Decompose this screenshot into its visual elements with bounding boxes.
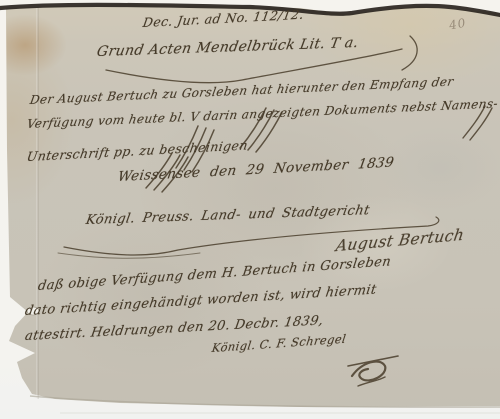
document-scan: Dec. Jur. ad No. 112/12. Grund Acten Men… xyxy=(0,0,500,419)
pencil-folio-number: 40 xyxy=(448,16,467,33)
